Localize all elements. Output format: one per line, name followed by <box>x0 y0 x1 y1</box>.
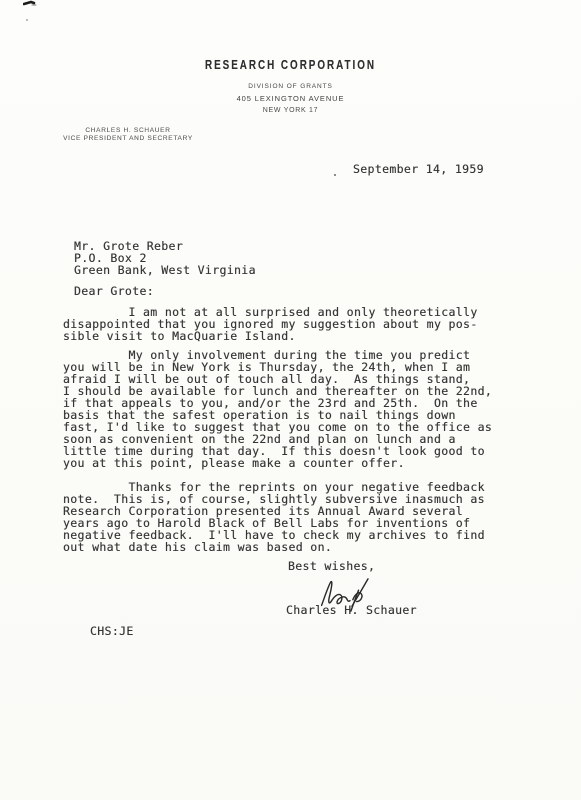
body-paragraph-1: I am not at all surprised and only theor… <box>63 306 478 342</box>
body-paragraph-3: Thanks for the reprints on your negative… <box>63 481 485 553</box>
body-paragraph-2: My only involvement during the time you … <box>63 349 492 469</box>
officer-title: VICE PRESIDENT AND SECRETARY <box>55 135 201 143</box>
letterhead-street-address: 405 LEXINGTON AVENUE <box>0 94 581 103</box>
pencil-mark <box>23 0 37 8</box>
recipient-address: Mr. Grote Reber P.O. Box 2 Green Bank, W… <box>74 240 256 276</box>
scanned-letter-page: RESEARCH CORPORATION DIVISION OF GRANTS … <box>0 0 581 800</box>
signature-typed-name: Charles H. Schauer <box>286 604 417 616</box>
scan-speck <box>334 174 336 176</box>
letterhead-company-name: RESEARCH CORPORATION <box>70 57 512 72</box>
letterhead-division: DIVISION OF GRANTS <box>0 83 581 90</box>
valediction: Best wishes, <box>288 560 375 572</box>
officer-name: CHARLES H. SCHAUER <box>55 127 201 135</box>
scan-speck <box>26 19 28 21</box>
typist-reference: CHS:JE <box>90 625 134 637</box>
officer-block: CHARLES H. SCHAUER VICE PRESIDENT AND SE… <box>55 127 201 143</box>
date-line: September 14, 1959 <box>353 163 484 175</box>
salutation: Dear Grote: <box>74 285 154 297</box>
letterhead-city: NEW YORK 17 <box>0 107 581 114</box>
